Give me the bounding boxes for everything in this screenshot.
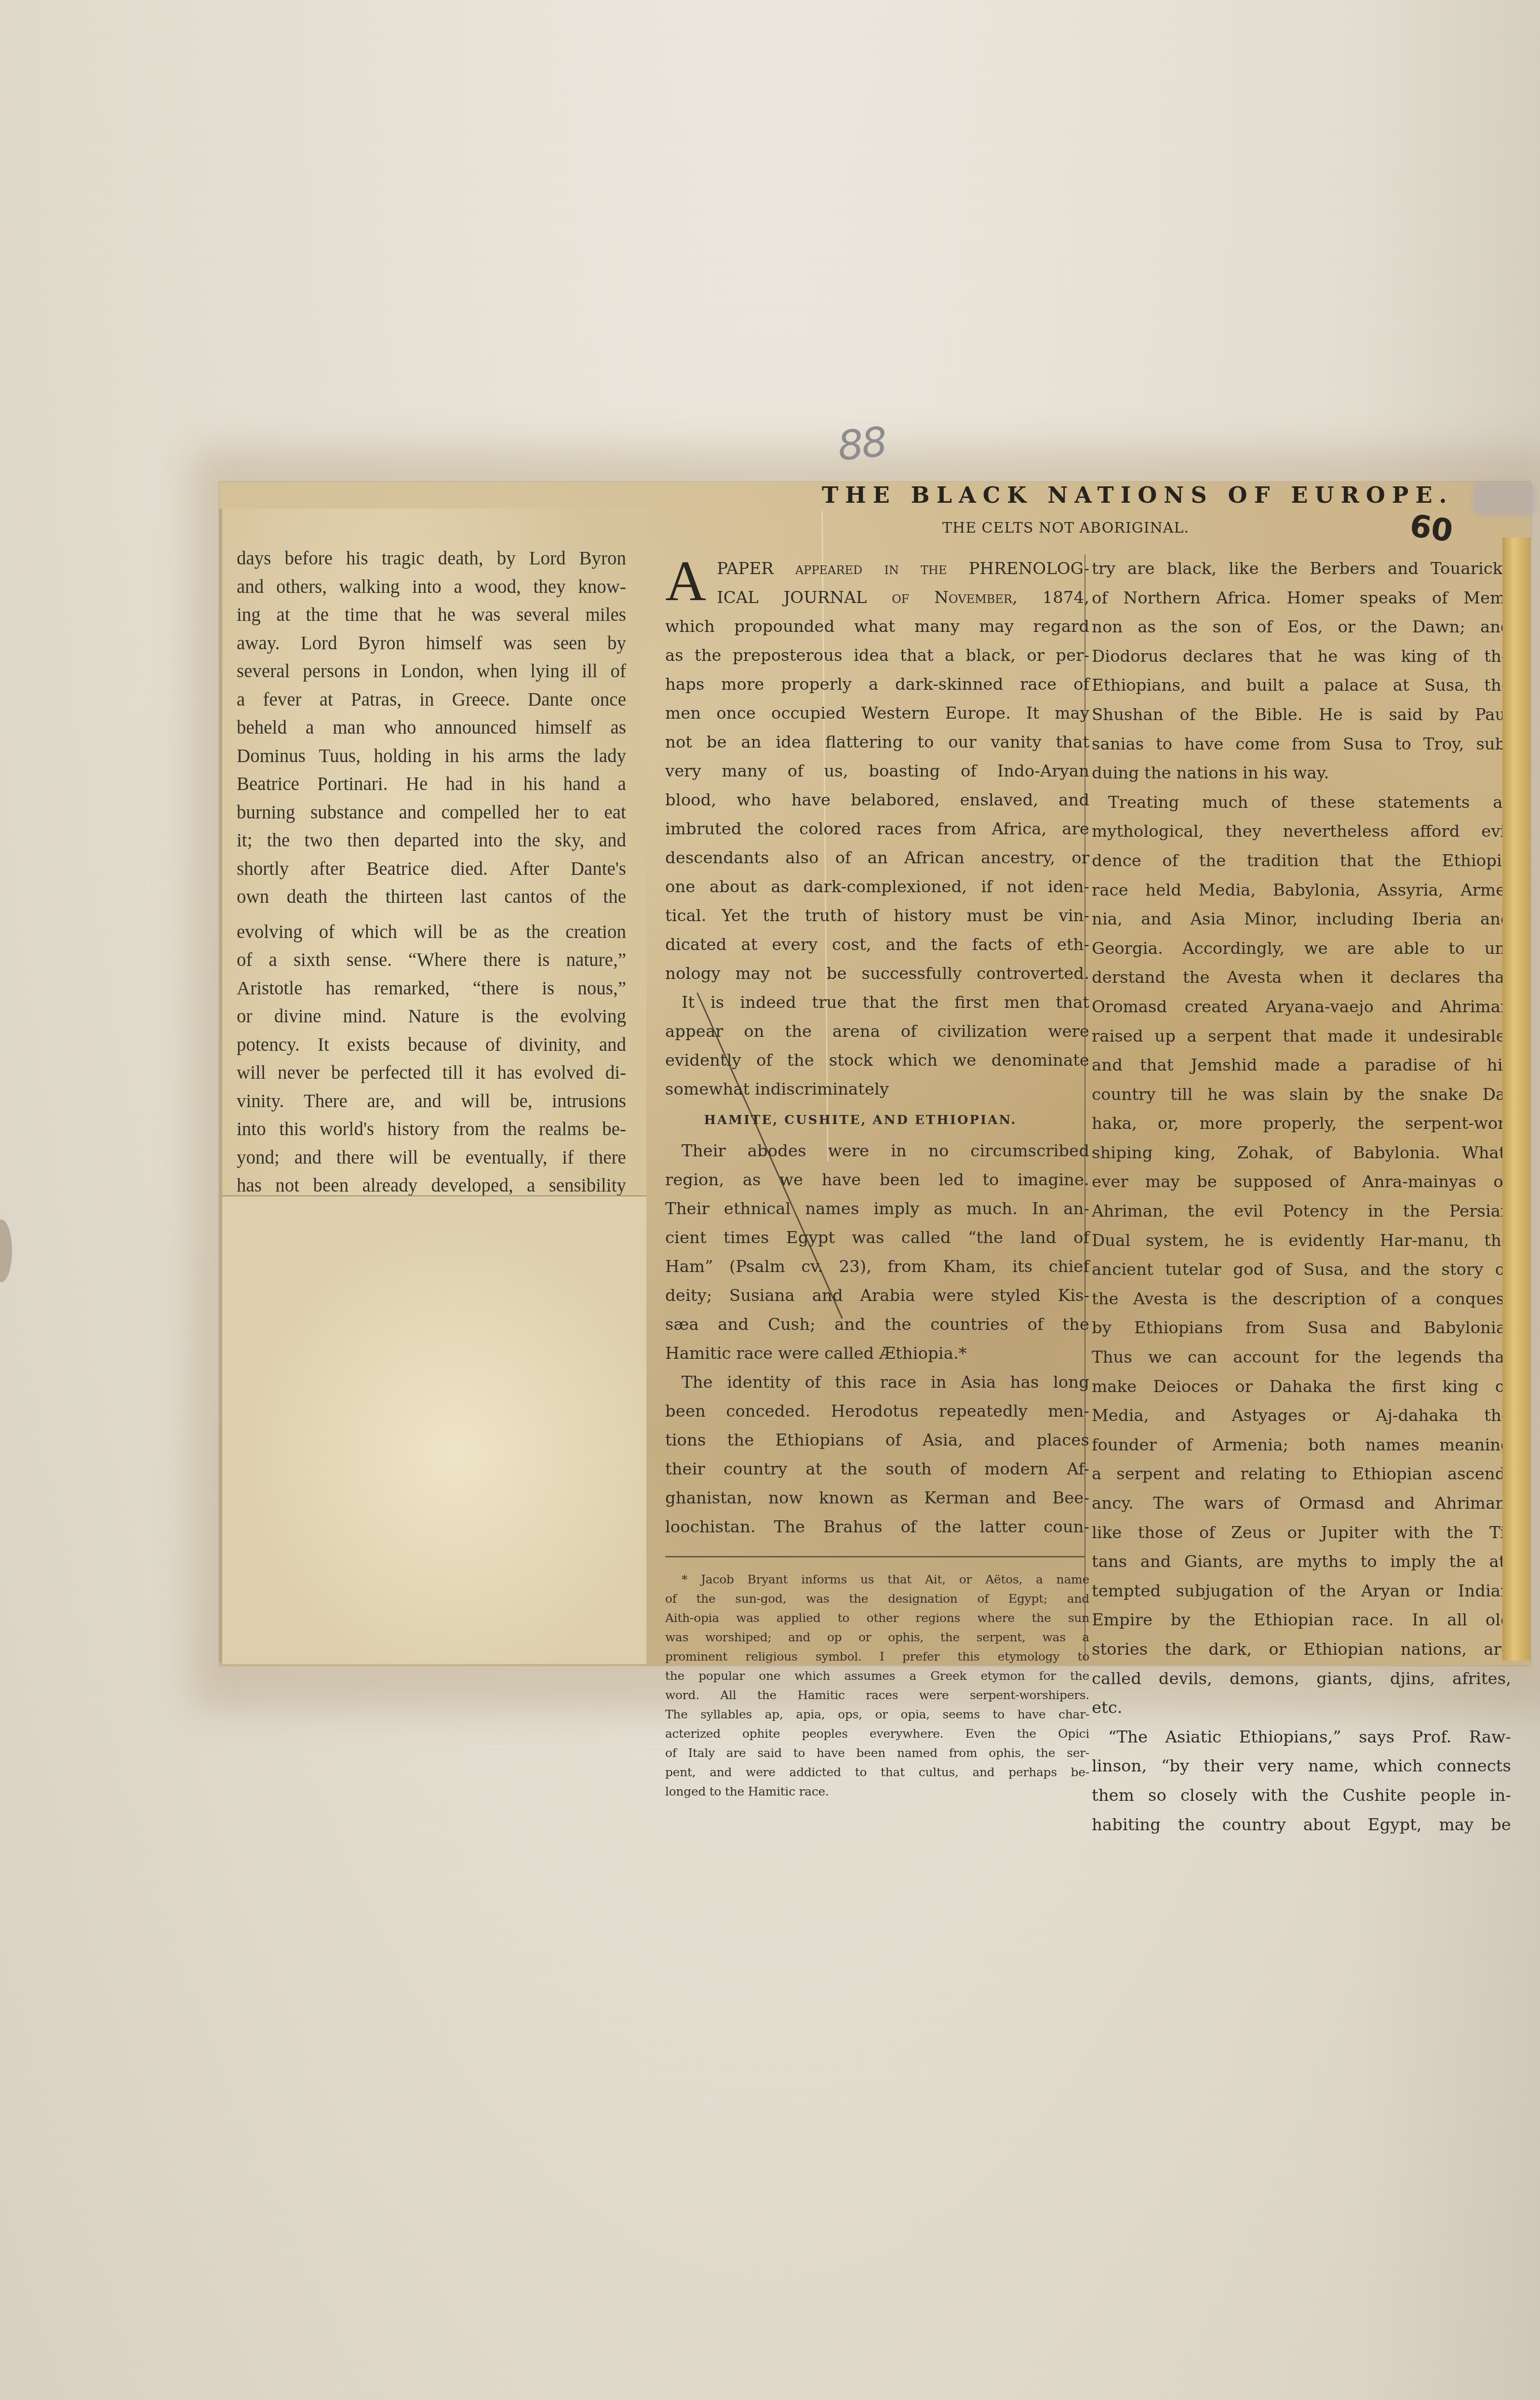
- text-line: menonceoccupiedWesternEurope.Itmay: [665, 699, 1089, 728]
- text-line: ShushanoftheBible.HeissaidbyPau-: [1092, 700, 1511, 730]
- text-line: Ham”(Psalmcv.23),fromKham,itschief: [665, 1252, 1089, 1281]
- text-line: PAPERappearedinthePHRENOLOG-: [717, 554, 1089, 583]
- section-heading: HAMITE, CUSHITE, AND ETHIOPIAN.: [665, 1106, 1089, 1135]
- text-line: saniastohavecomefromSusatoTroy,sub-: [1092, 730, 1511, 759]
- text-line: “TheAsiaticEthiopians,”saysProf.Raw-: [1092, 1723, 1511, 1752]
- text-line: ofthesun-god,wasthedesignationofEgypt;an…: [665, 1589, 1089, 1609]
- text-line: byEthiopiansfromSusaandBabylonia.: [1092, 1314, 1511, 1343]
- footnote: *JacobBryantinformsusthatAit,orAëtos,ana…: [665, 1570, 1089, 1801]
- text-line: verymanyofus,boastingofIndo-Aryan: [665, 757, 1089, 786]
- text-line: loochistan.TheBrahusofthelattercoun-: [665, 1513, 1089, 1542]
- text-line: ingatthetimethathewasseveralmiles: [237, 601, 626, 630]
- article-subtitle: THE CELTS NOT ABORIGINAL.: [942, 520, 1189, 536]
- text-line: haka,or,moreproperly,theserpent-wor-: [1092, 1109, 1511, 1139]
- text-line: descendantsalsoofanAfricanancestry,or: [665, 844, 1089, 872]
- text-line: Itisindeedtruethatthefirstmenthat: [665, 988, 1089, 1017]
- text-line: shipingking,Zohak,ofBabylonia.What-: [1092, 1139, 1511, 1168]
- text-line: Thesyllablesap,apia,ops,oropia,seemstoha…: [665, 1705, 1089, 1724]
- text-line: tryareblack,liketheBerbersandTouaricks: [1092, 554, 1511, 584]
- text-line: tansandGiants,aremythstoimplytheat-: [1092, 1547, 1511, 1577]
- text-line: Diodorusdeclaresthathewaskingofthe: [1092, 642, 1511, 671]
- text-line: hapsmoreproperlyadark-skinnedraceof: [665, 670, 1089, 699]
- text-line: etc.: [1092, 1693, 1511, 1723]
- text-line: Theirabodeswereinnocircumscribed: [665, 1137, 1089, 1166]
- ink-number-mark: 60: [1407, 508, 1455, 550]
- text-line: makeDeiocesorDahakathefirstkingof: [1092, 1372, 1511, 1402]
- text-line: theircountryatthesouthofmodernAf-: [665, 1455, 1089, 1484]
- text-line: wasworshiped;andoporophis,theserpent,was…: [665, 1628, 1089, 1647]
- text-line: raceheldMedia,Babylonia,Assyria,Arme-: [1092, 876, 1511, 905]
- text-line: vinity.Thereare,andwillbe,intrusions: [237, 1087, 626, 1116]
- text-line: TheidentityofthisraceinAsiahaslong: [665, 1368, 1089, 1397]
- wilder-article-text: daysbeforehistragicdeath,byLordByronando…: [237, 545, 626, 1285]
- text-line: burningsubstanceandcompelledhertoeat: [237, 799, 626, 827]
- text-line: tionstheEthiopiansofAsia,andplaces: [665, 1426, 1089, 1455]
- text-line: acterizedophitepeopleseverywhere.Eventhe…: [665, 1724, 1089, 1743]
- text-line: potency.Itexistsbecauseofdivinity,and: [237, 1031, 626, 1059]
- text-line: sæaandCush;andthecountriesofthe: [665, 1310, 1089, 1339]
- text-line: calleddevils,demons,giants,djins,afrites…: [1092, 1664, 1511, 1694]
- text-line: it;thetwothendepartedintothesky,and: [237, 827, 626, 855]
- drop-cap: A: [665, 557, 706, 605]
- text-line: evolvingofwhichwillbeasthecreation: [237, 918, 626, 947]
- text-line: ofItalyaresaidtohavebeennamedfromophis,t…: [665, 1743, 1089, 1763]
- article-middle-column: APAPERappearedinthePHRENOLOG-ICALJOURNAL…: [665, 554, 1089, 1801]
- text-line: andthatJemshidmadeaparadiseofhis: [1092, 1051, 1511, 1080]
- column-rule: [1085, 554, 1085, 1661]
- text-line: likethoseofZeusorJupiterwiththeTi-: [1092, 1518, 1511, 1548]
- text-line: ghanistan,nowknownasKermanandBee-: [665, 1484, 1089, 1513]
- text-line: ICALJOURNALofNovember,1874,: [717, 583, 1089, 612]
- text-line: nia,andAsiaMinor,includingIberiaand: [1092, 905, 1511, 934]
- text-line: cienttimesEgyptwascalled“thelandof: [665, 1223, 1089, 1252]
- text-line: DominusTuus,holdinginhisarmsthelady: [237, 742, 626, 771]
- text-line: aserpentandrelatingtoEthiopianascend-: [1092, 1460, 1511, 1489]
- text-line: ordivinemind.Natureistheevolving: [237, 1003, 626, 1031]
- text-line: denceofthetraditionthattheEthiopic: [1092, 846, 1511, 876]
- text-line: founderofArmenia;bothnamesmeaning: [1092, 1431, 1511, 1460]
- text-line: thepopularonewhichassumesaGreeketymonfor…: [665, 1666, 1089, 1686]
- text-line: away.LordByronhimselfwasseenby: [237, 630, 626, 658]
- text-line: deity;SusianaandArabiawerestyledKis-: [665, 1281, 1089, 1310]
- text-line: theAvestaisthedescriptionofaconquest: [1092, 1285, 1511, 1314]
- text-line: ancienttutelargodofSusa,andthestoryof: [1092, 1255, 1511, 1285]
- text-line: oneaboutasdark-complexioned,ifnotiden-: [665, 872, 1089, 901]
- page-edge-mark: [0, 1220, 12, 1282]
- text-line: habitingthecountryaboutEgypt,maybe: [1092, 1810, 1511, 1840]
- text-line: word.AlltheHamiticraceswereserpent-worsh…: [665, 1686, 1089, 1705]
- text-line: blood,whohavebelabored,enslaved,and: [665, 786, 1089, 815]
- text-line: *JacobBryantinformsusthatAit,orAëtos,ana…: [665, 1570, 1089, 1589]
- text-line: EmpirebytheEthiopianrace.Inallold: [1092, 1606, 1511, 1635]
- footnote-divider: [665, 1556, 1085, 1557]
- text-line: mythological,theyneverthelessaffordevi-: [1092, 817, 1511, 846]
- text-line: daysbeforehistragicdeath,byLordByron: [237, 545, 626, 573]
- text-line: ancy.ThewarsofOrmasdandAhriman,: [1092, 1489, 1511, 1518]
- text-line: andothers,walkingintoawood,theyknow-: [237, 573, 626, 602]
- text-line: intothisworld'shistoryfromtherealmsbe-: [237, 1115, 626, 1144]
- text-line: longed to the Hamitic race.: [665, 1782, 1089, 1801]
- text-line: storiesthedark,orEthiopiannations,are: [1092, 1635, 1511, 1664]
- text-line: Treatingmuchofthesestatementsas: [1092, 788, 1511, 818]
- text-line: Hamitic race were called Æthiopia.*: [665, 1339, 1089, 1368]
- text-line: Aith-opiawasappliedtootherregionswhereth…: [665, 1609, 1089, 1628]
- text-line: OromasdcreatedAryana-vaejoandAhriman: [1092, 992, 1511, 1022]
- text-line: yond;andtherewillbeeventually,ifthere: [237, 1144, 626, 1172]
- text-line: pent,andwereaddictedtothatcultus,andperh…: [665, 1763, 1089, 1782]
- text-line: linson,“bytheirveryname,whichconnects: [1092, 1752, 1511, 1781]
- text-line: owndeaththethirteenlastcantosofthe: [237, 883, 626, 912]
- text-line: asthepreposterousideathatablack,orper-: [665, 641, 1089, 670]
- text-line: appearonthearenaofcivilizationwere: [665, 1017, 1089, 1046]
- text-line: nologymaynotbesuccessfullycontroverted.: [665, 959, 1089, 988]
- text-line: Thuswecanaccountforthelegendsthat: [1092, 1343, 1511, 1372]
- text-line: tical.Yetthetruthofhistorymustbevin-: [665, 901, 1089, 930]
- text-line: Ethiopians,andbuiltapalaceatSusa,the: [1092, 671, 1511, 700]
- text-line: Dualsystem,heisevidentlyHar-manu,the: [1092, 1226, 1511, 1256]
- pencil-page-number: 88: [835, 418, 888, 470]
- text-line: nonasthesonofEos,ortheDawn;and: [1092, 613, 1511, 642]
- text-line: willneverbeperfectedtillithasevolveddi-: [237, 1059, 626, 1087]
- text-line: Theirethnicalnamesimplyasmuch.Inan-: [665, 1194, 1089, 1223]
- text-line: evermaybesupposedofAnra-mainyasor: [1092, 1167, 1511, 1197]
- text-line: beenconceded.Herodotusrepeatedlymen-: [665, 1397, 1089, 1426]
- newspaper-clipping: daysbeforehistragicdeath,byLordByronando…: [219, 482, 1530, 1665]
- text-line: whichpropoundedwhatmanymayregard: [665, 612, 1089, 641]
- text-line: afeveratPatras,inGreece.Danteonce: [237, 686, 626, 714]
- text-line: BeatricePortinari.Hehadinhishanda: [237, 770, 626, 799]
- text-line: notbeanideaflatteringtoourvanitythat: [665, 728, 1089, 757]
- text-line: temptedsubjugationoftheAryanorIndian: [1092, 1577, 1511, 1606]
- text-line: somewhat indiscriminately: [665, 1075, 1089, 1104]
- blank-clipping-area: [222, 1195, 646, 1664]
- text-line: countrytillhewasslainbythesnakeDa-: [1092, 1080, 1511, 1110]
- text-line: Aristotlehasremarked,“thereisnous,”: [237, 975, 626, 1003]
- text-line: imbrutedthecoloredracesfromAfrica,are: [665, 815, 1089, 844]
- article-title: THE BLACK NATIONS OF EUROPE.: [822, 482, 1400, 508]
- text-line: themsocloselywiththeCushitepeoplein-: [1092, 1781, 1511, 1810]
- text-line: evidentlyofthestockwhichwedenominate: [665, 1046, 1089, 1075]
- text-line: region,aswehavebeenledtoimagine.: [665, 1166, 1089, 1194]
- text-line: Media,andAstyagesorAj-dahakathe: [1092, 1401, 1511, 1431]
- text-line: raisedupaserpentthatmadeitundesirable;: [1092, 1022, 1511, 1051]
- text-line: Ahriman,theevilPotencyinthePersian: [1092, 1197, 1511, 1226]
- worn-corner: [1473, 482, 1535, 516]
- text-line: severalpersonsinLondon,whenlyingillof: [237, 657, 626, 686]
- text-line: ofNorthernAfrica.HomerspeaksofMem-: [1092, 584, 1511, 613]
- text-line: dicatedateverycost,andthefactsofeth-: [665, 930, 1089, 959]
- text-line: beheldamanwhoannouncedhimselfas: [237, 714, 626, 742]
- text-line: duing the nations in his way.: [1092, 759, 1511, 788]
- text-line: shortlyafterBeatricedied.AfterDante's: [237, 855, 626, 884]
- clipping-edge-strip: [1502, 537, 1530, 1661]
- text-line: Georgia.Accordingly,weareabletoun-: [1092, 934, 1511, 964]
- text-line: ofasixthsense.“Wherethereisnature,”: [237, 946, 626, 975]
- text-line: prominentreligioussymbol.Ipreferthisetym…: [665, 1647, 1089, 1666]
- left-clipping-fragment: daysbeforehistragicdeath,byLordByronando…: [219, 509, 646, 1663]
- text-line: derstandtheAvestawhenitdeclaresthat: [1092, 963, 1511, 992]
- article-right-column: tryareblack,liketheBerbersandTouaricksof…: [1092, 554, 1511, 1839]
